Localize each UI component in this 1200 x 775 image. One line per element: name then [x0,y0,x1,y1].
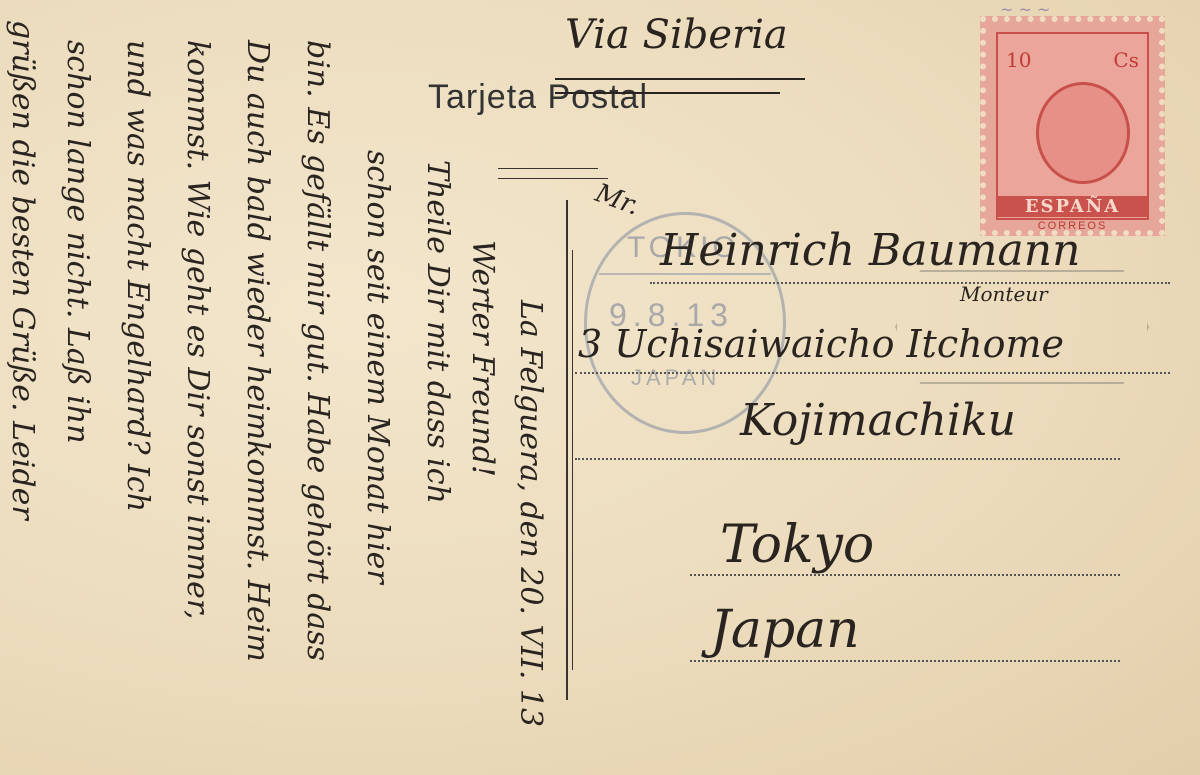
recipient-title: Monteur [960,282,1048,306]
address-street: 3 Uchisaiwaicho Itchome [578,322,1064,366]
message-line-5: kommst. Wie geht es Dir sonst immer, [180,40,215,620]
recipient-name: Heinrich Baumann [660,225,1080,276]
address-city: Tokyo [720,515,874,575]
postmark-country: JAPAN [631,365,720,391]
address-line-2 [575,372,1170,374]
stamp-value: 10 [1006,48,1031,72]
message-line-8: grüßen die besten Grüße. Leider [5,20,40,520]
address-district: Kojimachiku [740,395,1016,446]
address-line-4 [690,574,1120,576]
king-portrait-icon [1036,82,1130,184]
center-divider-inner [572,250,573,670]
message-line-7: schon lange nicht. Laß ihn [60,40,95,444]
address-line-5 [690,660,1120,662]
address-country: Japan [710,600,860,660]
divider-top-2 [498,178,608,179]
divider-top-1 [498,168,598,169]
message-line-4: Du auch bald wieder heimkommst. Heim [240,40,275,662]
message-line-6: und was macht Engelhard? Ich [120,40,155,512]
stamp-currency: Cs [1113,48,1139,72]
postage-stamp: 10 Cs ESPAÑA CORREOS [980,16,1165,236]
stamp-frame: 10 Cs ESPAÑA CORREOS [996,32,1149,220]
message-line-1: Theile Dir mit dass ich [420,160,455,504]
salutation: Mr. [591,178,643,221]
printed-title: Tarjeta Postal [428,78,648,117]
postcard-back: ~ ~ ~ Via Siberia Tarjeta Postal 10 Cs E… [0,0,1200,775]
stamp-country: ESPAÑA [998,196,1147,217]
message-line-2: schon seit einem Monat hier [360,150,395,584]
strike-line [555,92,780,94]
center-divider [566,200,568,700]
message-dateline: La Felguera, den 20. VII. 13 [513,300,548,727]
message-greeting: Werter Freund! [465,240,500,477]
address-line-1 [650,282,1170,284]
address-line-3 [575,458,1120,460]
message-line-3: bin. Es gefällt mir gut. Habe gehört das… [300,40,335,661]
routing-note: Via Siberia [565,12,788,58]
